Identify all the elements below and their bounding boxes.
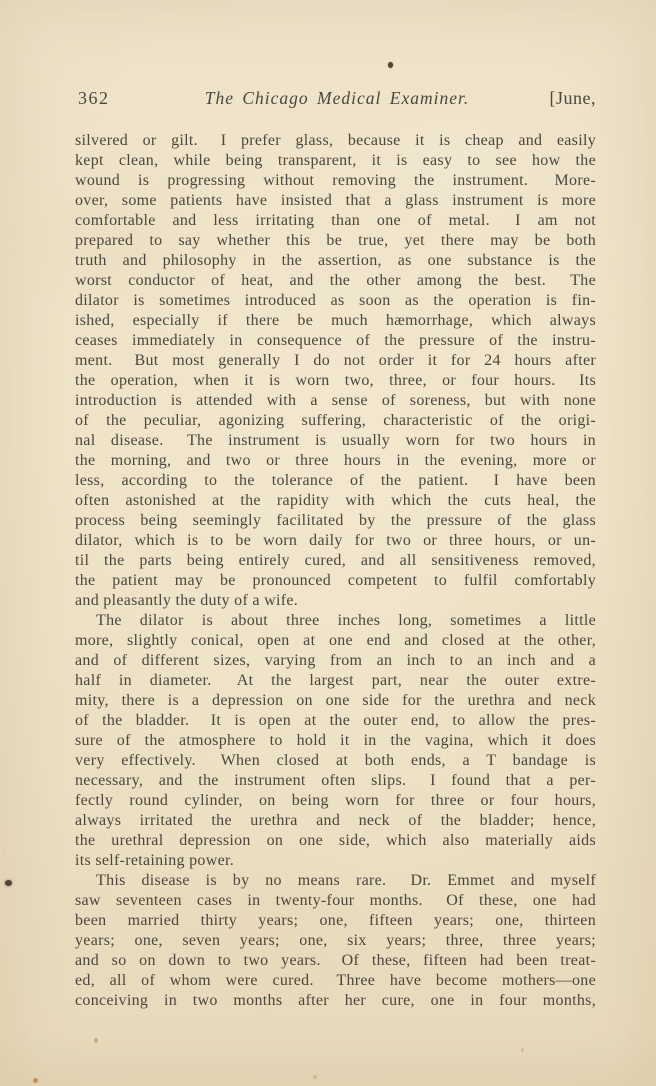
journal-title: The Chicago Medical Examiner.: [170, 88, 504, 109]
ink-speck: [313, 1075, 317, 1079]
text-line: years; one, seven years; one, six years;…: [75, 931, 596, 951]
ink-speck: [388, 62, 393, 68]
text-line: been married thirty years; one, fifteen …: [75, 911, 596, 931]
text-line: half in diameter. At the largest part, n…: [75, 671, 596, 691]
text-line: the urethral depression on one side, whi…: [75, 831, 596, 851]
text-line: the morning, and two or three hours in t…: [75, 451, 596, 471]
text-line: The dilator is about three inches long, …: [75, 611, 596, 631]
text-line: of the peculiar, agonizing suffering, ch…: [75, 411, 596, 431]
text-line: necessary, and the instrument often slip…: [75, 771, 596, 791]
text-line: its self-retaining power.: [75, 851, 596, 871]
text-line: truth and philosophy in the assertion, a…: [75, 251, 596, 271]
text-line: dilator is sometimes introduced as soon …: [75, 291, 596, 311]
text-line: fectly round cylinder, on being worn for…: [75, 791, 596, 811]
text-line: comfortable and less irritating than one…: [75, 211, 596, 231]
issue-label: [June,: [504, 88, 596, 109]
paragraph: This disease is by no means rare. Dr. Em…: [75, 871, 596, 1011]
text-line: conceiving in two months after her cure,…: [75, 991, 596, 1011]
text-line: process being seemingly facilitated by t…: [75, 511, 596, 531]
text-line: wound is progressing without removing th…: [75, 171, 596, 191]
text-line: This disease is by no means rare. Dr. Em…: [75, 871, 596, 891]
text-line: more, slightly conical, open at one end …: [75, 631, 596, 651]
text-line: silvered or gilt. I prefer glass, becaus…: [75, 131, 596, 151]
text-line: sure of the atmosphere to hold it in the…: [75, 731, 596, 751]
text-line: always irritated the urethra and neck of…: [75, 811, 596, 831]
text-line: prepared to say whether this be true, ye…: [75, 231, 596, 251]
scanned-journal-page: 362 The Chicago Medical Examiner. [June,…: [0, 0, 656, 1086]
text-line: nal disease. The instrument is usually w…: [75, 431, 596, 451]
text-line: often astonished at the rapidity with wh…: [75, 491, 596, 511]
article-body: silvered or gilt. I prefer glass, becaus…: [75, 131, 596, 1011]
paragraph: The dilator is about three inches long, …: [75, 611, 596, 871]
ink-speck: [521, 1048, 524, 1052]
text-line: and so on down to two years. Of these, f…: [75, 951, 596, 971]
text-line: the patient may be pronounced competent …: [75, 571, 596, 591]
page-header: 362 The Chicago Medical Examiner. [June,: [78, 88, 596, 109]
text-line: less, according to the tolerance of the …: [75, 471, 596, 491]
text-line: dilator, which is to be worn daily for t…: [75, 531, 596, 551]
ink-speck: [94, 1038, 98, 1043]
text-line: til the parts being entirely cured, and …: [75, 551, 596, 571]
text-line: ished, especially if there be much hæmor…: [75, 311, 596, 331]
text-line: over, some patients have insisted that a…: [75, 191, 596, 211]
paragraph: silvered or gilt. I prefer glass, becaus…: [75, 131, 596, 611]
page-number: 362: [78, 88, 170, 109]
text-line: ceases immediately in consequence of the…: [75, 331, 596, 351]
text-line: and of different sizes, varying from an …: [75, 651, 596, 671]
text-line: ment. But most generally I do not order …: [75, 351, 596, 371]
text-line: saw seventeen cases in twenty-four month…: [75, 891, 596, 911]
text-line: worst conductor of heat, and the other a…: [75, 271, 596, 291]
ink-speck: [33, 1078, 38, 1083]
text-line: mity, there is a depression on one side …: [75, 691, 596, 711]
text-line: the operation, when it is worn two, thre…: [75, 371, 596, 391]
text-line: of the bladder. It is open at the outer …: [75, 711, 596, 731]
text-line: very effectively. When closed at both en…: [75, 751, 596, 771]
text-line: introduction is attended with a sense of…: [75, 391, 596, 411]
text-line: ed, all of whom were cured. Three have b…: [75, 971, 596, 991]
text-line: and pleasantly the duty of a wife.: [75, 591, 596, 611]
text-line: kept clean, while being transparent, it …: [75, 151, 596, 171]
ink-speck: [5, 880, 12, 886]
